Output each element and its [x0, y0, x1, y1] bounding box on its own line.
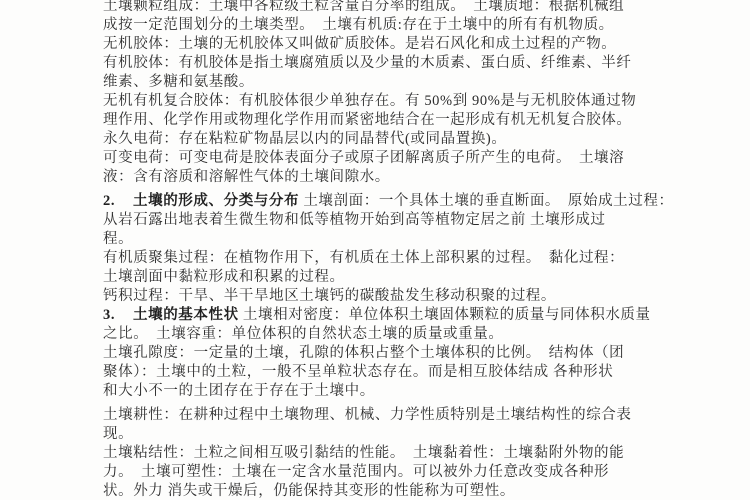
text-line: 之比。 土壤容重：单位体积的自然状态土壤的质量或重量。 — [103, 325, 663, 344]
text-segment: 现。 — [103, 426, 133, 442]
scanned-document-page: 土壤颗粒组成：土壤中各粒级土粒含量百分率的组成。 土壤质地：根据机械组成按一定范… — [0, 0, 750, 500]
text-line: 无机有机复合胶体：有机胶体很少单独存在。有 50%到 90%是与无机胶体通过物 — [103, 92, 663, 111]
text-segment: 可变电荷：可变电荷是胶体表面分子或原子团解离质子所产生的电荷。 土壤溶 — [103, 150, 624, 166]
text-line: 液：含有溶质和溶解性气体的土壤间隙水。 — [103, 168, 663, 187]
text-segment: 永久电荷：存在粘粒矿物晶层以内的同晶替代(或同晶置换)。 — [103, 131, 506, 147]
text-line: 永久电荷：存在粘粒矿物晶层以内的同晶替代(或同晶置换)。 — [103, 130, 663, 149]
section-heading: 土壤的形成、分类与分布 — [133, 193, 299, 209]
text-line: 维素、多糖和氨基酸。 — [103, 73, 663, 92]
text-segment: 无机有机复合胶体：有机胶体很少单独存在。有 50%到 90%是与无机胶体通过物 — [103, 93, 636, 109]
text-segment: 程。 — [103, 231, 133, 247]
text-segment: 土壤剖面中黏粒形成和积累的过程。 — [103, 269, 345, 285]
text-segment: 成按一定范围划分的土壤类型。 土壤有机质:存在于土壤中的所有有机物质。 — [103, 17, 614, 33]
text-line: 和大小不一的土团存在于存在于土壤中。 — [103, 382, 663, 401]
text-segment: 钙积过程：干旱、半干旱地区土壤钙的碳酸盐发生移动积聚的过程。 — [103, 288, 556, 304]
text-line: 2.土壤的形成、分类与分布 土壤剖面：一个具体土壤的垂直断面。 原始成土过程： — [103, 192, 663, 211]
text-line: 钙积过程：干旱、半干旱地区土壤钙的碳酸盐发生移动积聚的过程。 — [103, 287, 663, 306]
text-segment: 土壤颗粒组成：土壤中各粒级土粒含量百分率的组成。 土壤质地：根据机械组 — [103, 0, 624, 14]
text-line: 程。 — [103, 230, 663, 249]
text-line: 无机胶体：土壤的无机胶体又叫做矿质胶体。是岩石风化和成土过程的产物。 — [103, 35, 663, 54]
text-segment: 状。外力 消失或干燥后，仍能保持其变形的性能称为可塑性。 — [103, 483, 515, 499]
text-line: 有机胶体：有机胶体是指土壤腐殖质以及少量的木质素、蛋白质、纤维素、半纤 — [103, 54, 663, 73]
section-number: 3. — [103, 306, 133, 325]
text-line: 从岩石露出地表着生微生物和低等植物开始到高等植物定居之前 土壤形成过 — [103, 211, 663, 230]
text-line: 状。外力 消失或干燥后，仍能保持其变形的性能称为可塑性。 — [103, 482, 663, 500]
text-line: 现。 — [103, 425, 663, 444]
text-line: 土壤耕性：在耕种过程中土壤物理、机械、力学性质特别是土壤结构性的综合表 — [103, 406, 663, 425]
text-segment: 土壤相对密度：单位体积土壤固体颗粒的质量与同体积水质量 — [239, 307, 651, 323]
text-segment: 从岩石露出地表着生微生物和低等植物开始到高等植物定居之前 土壤形成过 — [103, 212, 606, 228]
text-line: 土壤孔隙度：一定量的土壤，孔隙的体积占整个土壤体积的比例。 结构体（团 — [103, 344, 663, 363]
text-segment: 无机胶体：土壤的无机胶体又叫做矿质胶体。是岩石风化和成土过程的产物。 — [103, 36, 616, 52]
text-line: 成按一定范围划分的土壤类型。 土壤有机质:存在于土壤中的所有有机物质。 — [103, 16, 663, 35]
text-line: 聚体）：土壤中的土粒，一般不呈单粒状态存在。而是相互胶体结成 各种形状 — [103, 363, 663, 382]
text-segment: 有机胶体：有机胶体是指土壤腐殖质以及少量的木质素、蛋白质、纤维素、半纤 — [103, 55, 632, 71]
text-segment: 土壤剖面：一个具体土壤的垂直断面。 原始成土过程： — [299, 193, 663, 209]
text-line: 土壤颗粒组成：土壤中各粒级土粒含量百分率的组成。 土壤质地：根据机械组 — [103, 0, 663, 16]
text-line: 可变电荷：可变电荷是胶体表面分子或原子团解离质子所产生的电荷。 土壤溶 — [103, 149, 663, 168]
text-segment: 力。 土壤可塑性：土壤在一定含水量范围内。可以被外力任意改变成各种形 — [103, 464, 609, 480]
text-line: 土壤剖面中黏粒形成和积累的过程。 — [103, 268, 663, 287]
text-segment: 有机质聚集过程：在植物作用下，有机质在土体上部积累的过程。 黏化过程： — [103, 250, 624, 266]
text-segment: 之比。 土壤容重：单位体积的自然状态土壤的质量或重量。 — [103, 326, 503, 342]
text-line: 力。 土壤可塑性：土壤在一定含水量范围内。可以被外力任意改变成各种形 — [103, 463, 663, 482]
text-segment: 土壤耕性：在耕种过程中土壤物理、机械、力学性质特别是土壤结构性的综合表 — [103, 407, 632, 423]
text-segment: 液：含有溶质和溶解性气体的土壤间隙水。 — [103, 169, 390, 185]
text-segment: 土壤孔隙度：一定量的土壤，孔隙的体积占整个土壤体积的比例。 结构体（团 — [103, 345, 624, 361]
text-segment: 和大小不一的土团存在于存在于土壤中。 — [103, 383, 375, 399]
section-heading: 土壤的基本性状 — [133, 307, 239, 323]
text-block: 土壤颗粒组成：土壤中各粒级土粒含量百分率的组成。 土壤质地：根据机械组成按一定范… — [103, 0, 663, 500]
text-segment: 聚体）：土壤中的土粒，一般不呈单粒状态存在。而是相互胶体结成 各种形状 — [103, 364, 613, 380]
text-line: 土壤粘结性：土粒之间相互吸引黏结的性能。 土壤黏着性：土壤黏附外物的能 — [103, 444, 663, 463]
text-line: 理作用、化学作用或物理化学作用而紧密地结合在一起形成有机无机复合胶体。 — [103, 111, 663, 130]
section-number: 2. — [103, 192, 133, 211]
text-segment: 土壤粘结性：土粒之间相互吸引黏结的性能。 土壤黏着性：土壤黏附外物的能 — [103, 445, 624, 461]
text-segment: 维素、多糖和氨基酸。 — [103, 74, 254, 90]
text-line: 有机质聚集过程：在植物作用下，有机质在土体上部积累的过程。 黏化过程： — [103, 249, 663, 268]
text-segment: 理作用、化学作用或物理化学作用而紧密地结合在一起形成有机无机复合胶体。 — [103, 112, 632, 128]
text-line: 3.土壤的基本性状 土壤相对密度：单位体积土壤固体颗粒的质量与同体积水质量 — [103, 306, 663, 325]
